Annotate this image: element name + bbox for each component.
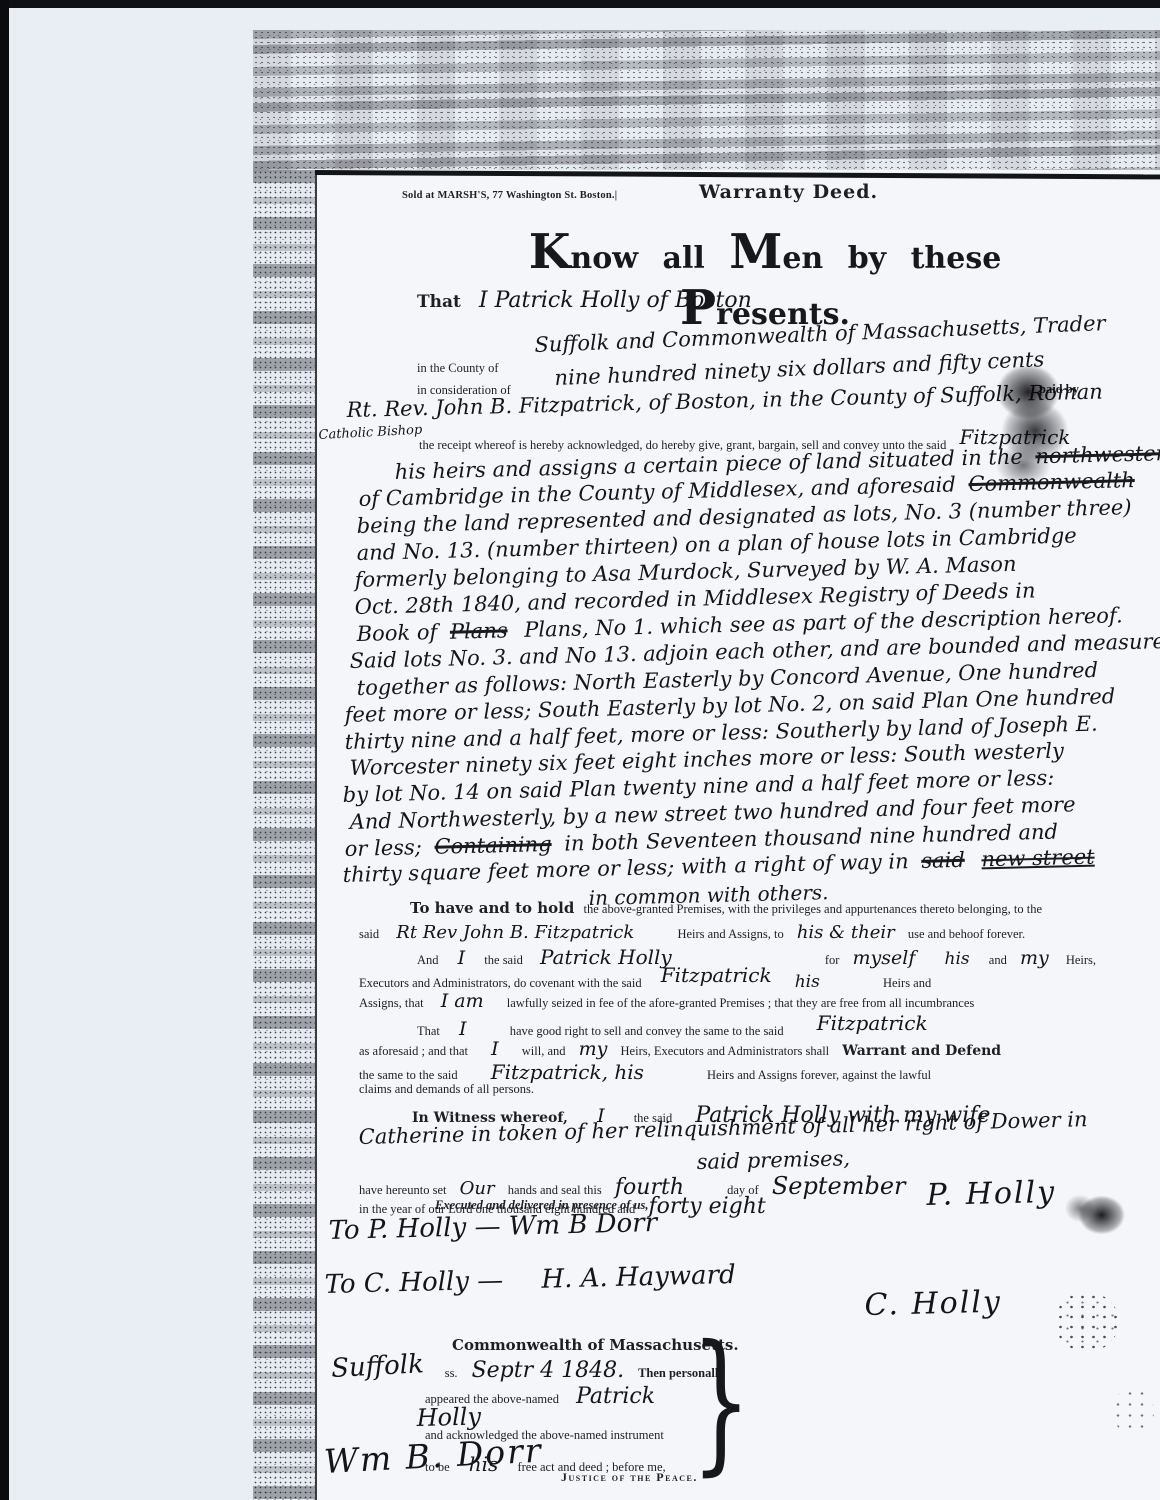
warrant-and-defend: Warrant and Defend [842,1043,1001,1059]
script-fill: his & their [797,922,895,943]
printed-segment: lawfully seized in fee of the afore-gran… [507,996,975,1010]
grantee-fill-script: Fitzpatrick, his [491,1060,644,1084]
printed-segment: for [825,953,840,967]
habendum-line-1: To have and to hold the above-granted Pr… [410,899,1042,917]
script-fill: I [491,1038,499,1060]
printed-segment: Heirs and Assigns forever, against the l… [707,1068,931,1082]
county-label: in the County of [417,361,499,376]
witness-line-3: said premises, [696,1146,850,1174]
printed-segment: will, and [522,1044,566,1058]
justice-title: Justice of the Peace. [561,1470,698,1485]
struck-words: Plans [450,618,508,643]
habendum-line-2: said Rt Rev John B. Fitzpatrick Heirs an… [359,922,1025,943]
county-script: Suffolk [330,1349,424,1384]
grantee-fill-script: Fitzpatrick [817,1011,928,1035]
printed-segment: said [359,927,379,941]
ink-blot-speckled [1055,1292,1119,1352]
ink-blot-small [1112,1388,1154,1434]
struck-words: Commonwealth [968,468,1135,496]
printed-segment: And [417,953,439,967]
covenant-line-2: as aforesaid ; and that I will, and my H… [359,1038,1001,1060]
scan-edge-left [0,0,9,1500]
covenant-line-1: That I have good right to sell and conve… [417,1016,928,1040]
heading-word: Know [529,224,638,280]
printed-segment: Heirs, Executors and Administrators shal… [621,1044,830,1058]
grantor-script: I Patrick Holly of Boston [479,288,752,313]
script-segment: or less; [344,835,422,861]
printed-segment: Heirs, [1066,953,1096,967]
struck-words: northwesterly part [1035,439,1160,468]
signature-script: To C. Holly — [324,1266,503,1300]
ink-blot-dark [1062,1182,1134,1248]
printed-segment: have good right to sell and convey the s… [510,1024,784,1038]
to-have-and-to-hold: To have and to hold [410,899,574,917]
ack-venue-line: Suffolk ss. Septr 4 1848. Then personall… [332,1354,725,1384]
brace-glyph: } [691,1313,751,1490]
grantor-fill-script: Patrick Holly [540,945,672,969]
printed-segment: the said [484,953,523,967]
vendor-imprint-text: Sold at MARSH'S, 77 Washington St. Bosto… [402,190,617,201]
printed-segment: the above-granted Premises, with the pri… [584,902,1043,916]
script-fill: September [772,1172,906,1200]
heading-word: by [848,241,886,276]
printed-segment: Assigns, that [359,996,424,1010]
heading-word: these [911,241,1002,276]
covenant-line-3: the same to the said Fitzpatrick, his He… [359,1060,931,1084]
heading-word: all [663,241,705,276]
script-fill: his [795,972,820,992]
habendum-line-5: Assigns, that I am lawfully seized in fe… [359,990,974,1012]
margin-note: Catholic Bishop [318,423,422,443]
script-fill: Patrick [576,1384,655,1409]
opening-line: That I Patrick Holly of Boston [417,288,752,313]
printed-segment: as aforesaid ; and that [359,1044,468,1058]
struck-underlined-words: new street [981,845,1095,872]
script-fill: I [458,947,466,969]
script-fill: I am [441,990,484,1012]
vendor-imprint: Sold at MARSH'S, 77 Washington St. Bosto… [402,190,617,201]
printed-segment: Justice of the Peace. [561,1470,698,1484]
script-fill: my [579,1038,608,1060]
script-fill: myself [853,947,916,969]
struck-words: said [921,848,965,873]
witness-signature-2: To C. Holly — H. A. Hayward [324,1260,736,1300]
notary-brace-icon: } [691,1326,751,1478]
margin-note-script: Catholic Bishop [318,423,422,443]
script-fill: forty eight [648,1194,765,1219]
grantee-fill-script: Fitzpatrick [661,963,772,987]
date-script: Septr 4 1848. [472,1358,625,1383]
printed-segment: Heirs and Assigns, to [677,927,783,941]
script-fill: I [459,1018,467,1040]
script-segment: Book of [356,620,437,646]
printed-segment: claims and demands of all persons. [359,1082,534,1096]
signature-script: H. A. Hayward [541,1260,736,1295]
signature-script: P. Holly [926,1175,1056,1213]
signature-script: C. Holly [864,1285,1002,1323]
document-title-text: Warranty Deed. [699,181,878,203]
grantee-fill-script: Rt Rev John B. Fitzpatrick [396,922,634,943]
scan-noise-band-left [253,170,318,1500]
document-title: Warranty Deed. [699,181,878,203]
printed-segment: That [417,1024,440,1038]
printed-segment: Heirs and [883,976,931,990]
printed-segment: use and behoof forever. [908,927,1025,941]
page-top-edge [315,170,1160,179]
heading-word: Men [729,224,823,280]
deed-document: Sold at MARSH'S, 77 Washington St. Bosto… [315,170,1160,1500]
printed-segment: the same to the said [359,1068,458,1082]
county-label-text: in the County of [417,361,499,375]
habendum-line-4: Executors and Administrators, do covenan… [359,968,931,992]
scan-edge-top [0,0,1160,8]
scanned-deed-page: Sold at MARSH'S, 77 Washington St. Bosto… [0,0,1160,1500]
script-segment: said premises, [696,1146,850,1174]
script-fill: my [1020,947,1049,969]
script-fill: his [945,949,970,969]
struck-words: Containing [434,832,552,859]
signature-c-holly: C. Holly [864,1285,1002,1323]
printed-segment: Executors and Administrators, do covenan… [359,976,642,990]
scan-noise-band-top [253,30,1160,172]
covenant-line-4: claims and demands of all persons. [359,1082,534,1097]
signature-p-holly: P. Holly [926,1175,1056,1213]
printed-segment: and [989,953,1007,967]
printed-segment: ss. [445,1366,458,1380]
printed-that: That [417,292,461,312]
